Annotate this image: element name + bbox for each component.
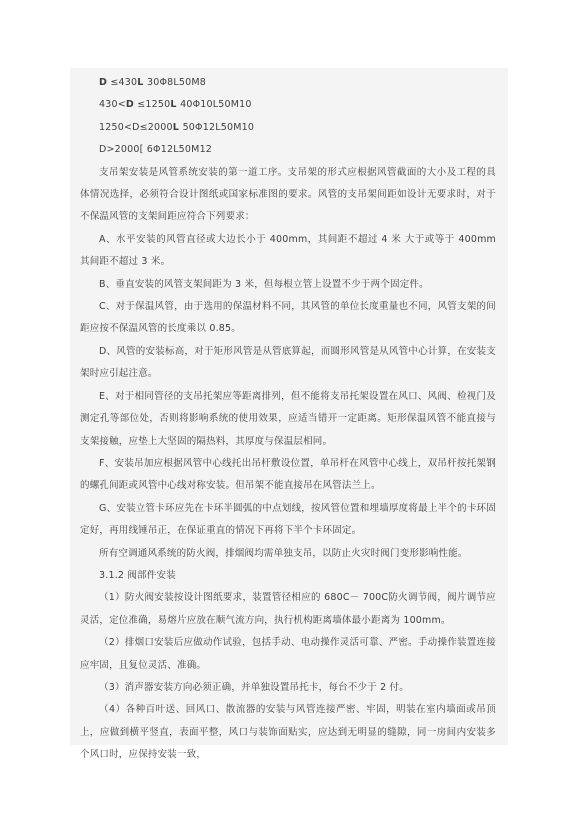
paragraph: （2）排烟口安装后应做动作试验，包括手动、电动操作灵活可靠、严密。手动操作装置连… xyxy=(80,632,496,677)
spec-line-segment: 50Φ12L50M10 xyxy=(183,122,255,133)
document-page: D ≤430L 30Φ8L50M8430<D ≤1250L 40Φ10L50M1… xyxy=(0,0,580,820)
spec-lines: D ≤430L 30Φ8L50M8430<D ≤1250L 40Φ10L50M1… xyxy=(80,72,496,162)
paragraph: C、对于保温风管，由于选用的保温材料不同，其风管的单位长度重量也不同，风管支架的… xyxy=(80,296,496,341)
spec-line: 430<D ≤1250L 40Φ10L50M10 xyxy=(80,94,496,116)
spec-line: D ≤430L 30Φ8L50M8 xyxy=(80,72,496,94)
paragraph: B、垂直安装的风管支架间距为 3 米，但每根立管上设置不少于两个固定件。 xyxy=(80,274,496,296)
spec-line-bold-segment: L xyxy=(170,99,180,110)
spec-line-segment: D>2000[ 6Φ12L50M12 xyxy=(99,144,212,155)
paragraph: G、安装立管卡环应先在卡环半圆弧的中点划线，按风管位置和埋墙厚度将最上半个的卡环… xyxy=(80,498,496,543)
paragraph: F、安装吊加应根据风管中心线托出吊杆敷设位置，单吊杆在风管中心线上，双吊杆按托架… xyxy=(80,453,496,498)
spec-line-segment: ≤430 xyxy=(107,77,137,88)
spec-line-segment: ≤1250 xyxy=(134,99,170,110)
spec-line-bold-segment: D xyxy=(126,99,134,110)
spec-line-segment: 430< xyxy=(99,99,126,110)
spec-line-bold-segment: D xyxy=(99,77,107,88)
paragraph: 支吊架安装是风管系统安装的第一道工序。支吊架的形式应根据风管截面的大小及工程的具… xyxy=(80,162,496,229)
paragraph: 所有空调通风系统的防火阀，排烟阀均需单独支吊，以防止火灾时阀门变形影响性能。 xyxy=(80,543,496,565)
spec-line: D>2000[ 6Φ12L50M12 xyxy=(80,139,496,161)
spec-line-bold-segment: L xyxy=(173,122,183,133)
spec-line-segment: 30Φ8L50M8 xyxy=(147,77,206,88)
paragraph-list: 支吊架安装是风管系统安装的第一道工序。支吊架的形式应根据风管截面的大小及工程的具… xyxy=(80,162,496,767)
spec-line-bold-segment: L xyxy=(137,77,147,88)
paragraph: （1）防火阀安装按设计图纸要求，装置管径相应的 680C－ 700C防火调节阀，… xyxy=(80,587,496,632)
paragraph: E、对于相同管径的支吊托架应等距离排列，但不能将支吊托架设置在风口、风阀、检视门… xyxy=(80,386,496,453)
section-heading: 3.1.2 阀部件安装 xyxy=(80,565,496,587)
spec-line-segment: 1250<D≤2000 xyxy=(99,122,173,133)
paragraph: A、水平安装的风管直径或大边长小于 400mm，其间距不超过 4 米 大于或等于… xyxy=(80,229,496,274)
paragraph: （3）消声器安装方向必须正确，并单独设置吊托卡，每台不少于 2 付。 xyxy=(80,677,496,699)
paragraph: （4）各种百叶送、回风口、散流器的安装与风管连接严密、牢固，明装在室内墙面或吊顶… xyxy=(80,699,496,766)
document-text-panel: D ≤430L 30Φ8L50M8430<D ≤1250L 40Φ10L50M1… xyxy=(70,68,508,745)
spec-line-segment: 40Φ10L50M10 xyxy=(180,99,252,110)
spec-line: 1250<D≤2000L 50Φ12L50M10 xyxy=(80,117,496,139)
paragraph: D、风管的安装标高，对于矩形风管是从管底算起，而圆形风管是从风管中心计算，在安装… xyxy=(80,341,496,386)
